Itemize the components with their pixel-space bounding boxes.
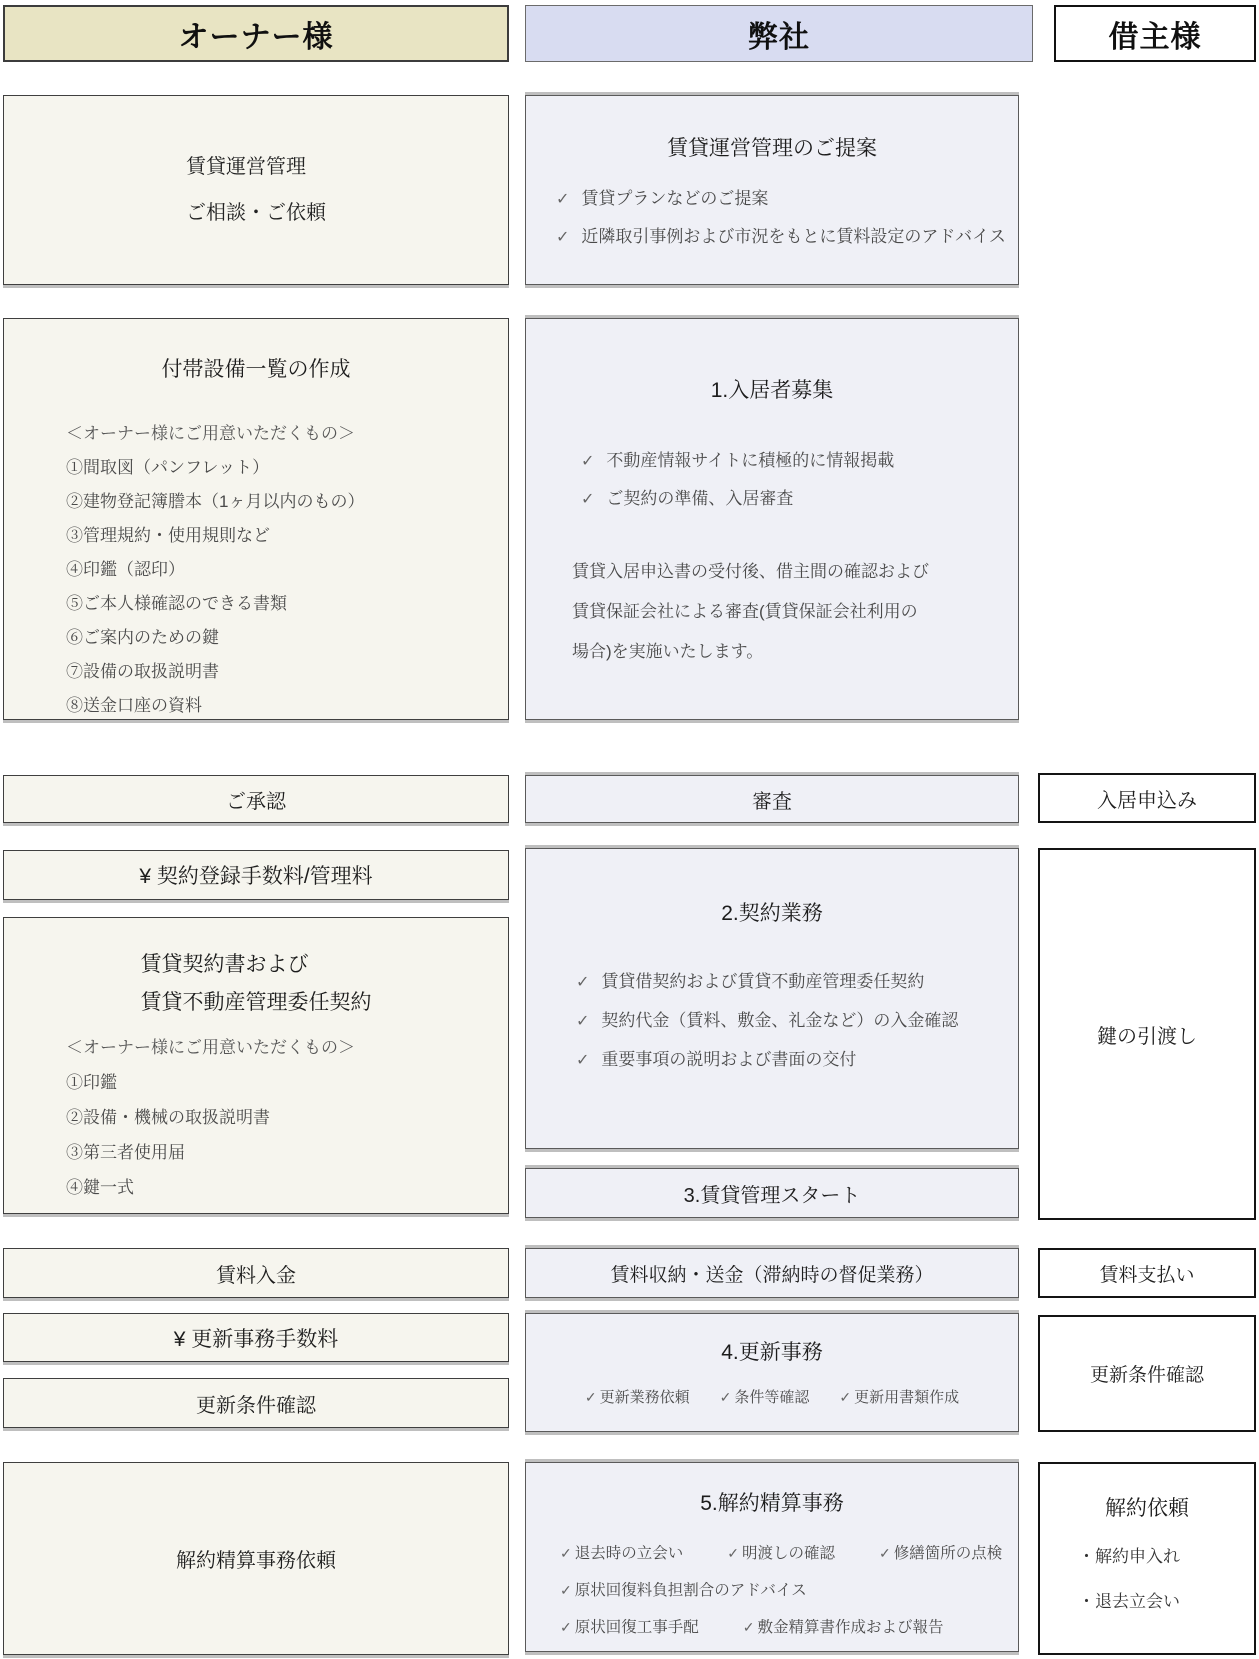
owner-approval-box: ご承認 [3,775,509,823]
company-contract-title: 2.契約業務 [526,897,1018,927]
check-icon: ✓ [556,219,569,256]
owner-contract-item: ①印鑑 [66,1065,508,1100]
owner-contract-item: ④鍵一式 [66,1170,508,1205]
owner-rent-deposit-box: 賃料入金 [3,1248,509,1298]
company-cancel-box: 5.解約精算事務 ✓ 退去時の立会い ✓ 明渡しの確認 ✓ 修繕箇所の点検 ✓ [525,1462,1019,1652]
owner-equipment-item: ②建物登記簿謄本（1ヶ月以内のもの） [66,485,508,519]
tenant-apply-box: 入居申込み [1038,773,1256,823]
owner-equipment-item: ⑥ご案内のための鍵 [66,621,508,655]
owner-consult-line1: 賃貸運営管理 [186,144,326,190]
check-icon: ✓ [727,1535,739,1571]
company-recruit-note-line: 賃貸入居申込書の受付後、借主間の確認および [572,552,988,592]
company-renewal-check-1: ✓ 更新業務依頼 [585,1386,690,1407]
check-icon: ✓ [576,1003,589,1041]
check-text: 賃貸借契約および賃貸不動産管理委任契約 [601,963,924,1001]
check-icon: ✓ [576,1042,589,1080]
check-icon: ✓ [581,443,594,480]
company-renewal-box: 4.更新事務 ✓ 更新業務依頼 ✓ 条件等確認 ✓ 更新用書類作成 [525,1313,1019,1432]
owner-renewal-fee-box: ¥ 更新事務手数料 [3,1313,509,1362]
company-column-header: 弊社 [525,5,1033,62]
check-text: 原状回復工事手配 [575,1610,699,1646]
check-icon: ✓ [560,1609,572,1645]
owner-cancel-request-box: 解約精算事務依頼 [3,1462,509,1655]
check-text: 賃貸プランなどのご提案 [581,180,768,217]
company-proposal-check-1: ✓ 賃貸プランなどのご提案 [556,180,1018,218]
tenant-rent-payment-box: 賃料支払い [1038,1248,1256,1298]
owner-contract-subtitle: ＜オーナー様にご用意いただくもの＞ [66,1030,508,1065]
company-cancel-title: 5.解約精算事務 [526,1487,1018,1517]
owner-contract-item: ②設備・機械の取扱説明書 [66,1100,508,1135]
owner-equipment-item: ⑦設備の取扱説明書 [66,655,508,689]
owner-consult-box: 賃貸運営管理 ご相談・ご依頼 [3,95,509,285]
check-text: 更新用書類作成 [854,1386,959,1407]
company-renewal-title: 4.更新事務 [526,1336,1018,1366]
tenant-key-handover-box: 鍵の引渡し [1038,848,1256,1220]
owner-equipment-item: ⑤ご本人様確認のできる書類 [66,587,508,621]
company-proposal-box: 賃貸運営管理のご提案 ✓ 賃貸プランなどのご提案 ✓ 近隣取引事例および市況をも… [525,95,1019,285]
owner-column-header: オーナー様 [3,5,509,62]
owner-contract-title-line2: 賃貸不動産管理委任契約 [141,984,372,1022]
company-renewal-check-2: ✓ 条件等確認 [720,1386,810,1407]
check-icon: ✓ [556,181,569,218]
owner-contract-item: ③第三者使用届 [66,1135,508,1170]
company-recruit-title: 1.入居者募集 [526,374,1018,404]
company-management-start-box: 3.賃貸管理スタート [525,1168,1019,1218]
company-cancel-check: ✓ 原状回復工事手配 [560,1609,699,1646]
company-recruit-note-line: 場合)を実施いたします。 [572,632,988,672]
check-icon: ✓ [839,1389,851,1406]
owner-equipment-item: ①間取図（パンフレット） [66,451,508,485]
company-cancel-check: ✓ 修繕箇所の点検 [879,1535,1002,1572]
company-proposal-title: 賃貸運営管理のご提案 [526,132,1018,162]
tenant-cancel-item: ・退去立会い [1078,1579,1254,1624]
tenant-cancel-title: 解約依頼 [1040,1492,1254,1522]
check-text: 条件等確認 [734,1386,809,1407]
owner-equipment-subtitle: ＜オーナー様にご用意いただくもの＞ [66,417,508,451]
check-icon: ✓ [585,1389,597,1406]
company-contract-box: 2.契約業務 ✓ 賃貸借契約および賃貸不動産管理委任契約 ✓ 契約代金（賃料、敷… [525,848,1019,1149]
check-icon: ✓ [720,1389,732,1406]
check-text: 原状回復料負担割合のアドバイス [575,1573,807,1609]
tenant-cancel-item: ・解約申入れ [1078,1534,1254,1579]
owner-equipment-item: ④印鑑（認印） [66,553,508,587]
check-text: 契約代金（賃料、敷金、礼金など）の入金確認 [601,1002,958,1040]
company-cancel-check: ✓ 明渡しの確認 [727,1535,835,1572]
owner-equipment-title: 付帯設備一覧の作成 [4,353,508,383]
owner-consult-line2: ご相談・ご依頼 [186,190,326,236]
company-cancel-check: ✓ 敷金精算書作成および報告 [743,1609,944,1646]
company-contract-check-1: ✓ 賃貸借契約および賃貸不動産管理委任契約 [576,963,1018,1002]
tenant-renewal-confirm-box: 更新条件確認 [1038,1315,1256,1432]
check-text: 近隣取引事例および市況をもとに賃料設定のアドバイス [581,218,1006,255]
owner-contract-box: 賃貸契約書および 賃貸不動産管理委任契約 ＜オーナー様にご用意いただくもの＞ ①… [3,917,509,1214]
owner-equipment-item: ⑧送金口座の資料 [66,689,508,723]
check-text: ご契約の準備、入居審査 [606,480,793,517]
check-icon: ✓ [560,1535,572,1571]
company-recruit-check-2: ✓ ご契約の準備、入居審査 [581,480,1018,518]
owner-contract-fee-box: ¥ 契約登録手数料/管理料 [3,850,509,900]
check-text: 敷金精算書作成および報告 [757,1610,943,1646]
company-renewal-check-3: ✓ 更新用書類作成 [839,1386,959,1407]
company-recruit-box: 1.入居者募集 ✓ 不動産情報サイトに積極的に情報掲載 ✓ ご契約の準備、入居審… [525,318,1019,720]
check-icon: ✓ [576,964,589,1002]
company-cancel-check: ✓ 原状回復料負担割合のアドバイス [560,1572,807,1609]
check-text: 修繕箇所の点検 [894,1536,1003,1572]
company-cancel-check: ✓ 退去時の立会い [560,1535,683,1572]
check-icon: ✓ [560,1572,572,1608]
check-text: 重要事項の説明および書面の交付 [601,1041,856,1079]
tenant-cancel-box: 解約依頼 ・解約申入れ ・退去立会い [1038,1462,1256,1655]
check-text: 更新業務依頼 [600,1386,690,1407]
company-proposal-check-2: ✓ 近隣取引事例および市況をもとに賃料設定のアドバイス [556,218,1018,256]
check-text: 不動産情報サイトに積極的に情報掲載 [606,442,894,479]
company-rent-collection-box: 賃料収納・送金（滞納時の督促業務） [525,1248,1019,1298]
company-contract-check-2: ✓ 契約代金（賃料、敷金、礼金など）の入金確認 [576,1002,1018,1041]
company-recruit-note-line: 賃貸保証会社による審査(賃貸保証会社利用の [572,592,988,632]
company-recruit-check-1: ✓ 不動産情報サイトに積極的に情報掲載 [581,442,1018,480]
owner-equipment-box: 付帯設備一覧の作成 ＜オーナー様にご用意いただくもの＞ ①間取図（パンフレット）… [3,318,509,720]
company-screening-box: 審査 [525,775,1019,823]
tenant-column-header: 借主様 [1054,5,1256,62]
rental-management-flow-diagram: オーナー様 弊社 借主様 賃貸運営管理 ご相談・ご依頼 賃貸運営管理のご提案 ✓… [0,0,1259,1659]
check-text: 退去時の立会い [575,1536,684,1572]
company-contract-check-3: ✓ 重要事項の説明および書面の交付 [576,1041,1018,1080]
check-icon: ✓ [743,1609,755,1645]
check-icon: ✓ [581,481,594,518]
check-text: 明渡しの確認 [742,1536,835,1572]
owner-renewal-confirm-box: 更新条件確認 [3,1378,509,1428]
owner-equipment-item: ③管理規約・使用規則など [66,519,508,553]
owner-contract-title-line1: 賃貸契約書および [141,946,372,984]
check-icon: ✓ [879,1535,891,1571]
